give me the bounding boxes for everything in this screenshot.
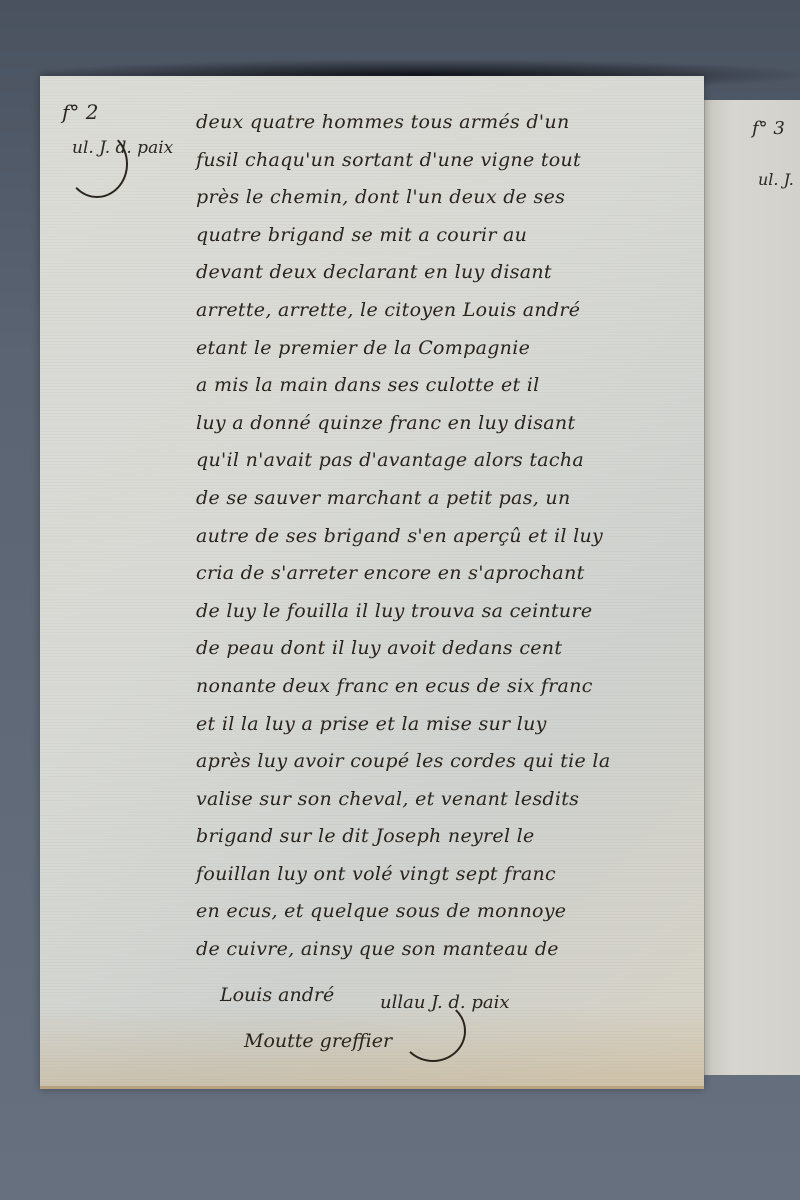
text-line: fouillan luy ont volé vingt sept franc xyxy=(196,856,696,894)
text-line: en ecus, et quelque sous de monnoye xyxy=(196,893,696,931)
adjacent-page xyxy=(704,100,800,1075)
text-line: de luy le fouilla il luy trouva sa ceint… xyxy=(196,593,696,631)
right-page-folio: f° 3 xyxy=(752,118,785,139)
text-line: brigand sur le dit Joseph neyrel le xyxy=(196,818,696,856)
text-line: et il la luy a prise et la mise sur luy xyxy=(196,706,696,744)
manuscript-text: deux quatre hommes tous armés d'un fusil… xyxy=(196,104,696,969)
text-line: de cuivre, ainsy que son manteau de xyxy=(196,931,696,969)
text-line: valise sur son cheval, et venant lesdits xyxy=(196,781,696,819)
text-line: luy a donné quinze franc en luy disant xyxy=(196,405,696,443)
folio-number: f° 2 xyxy=(62,100,98,124)
text-line: qu'il n'avait pas d'avantage alors tacha xyxy=(196,442,696,480)
text-line: cria de s'arreter encore en s'aprochant xyxy=(196,555,696,593)
text-line: deux quatre hommes tous armés d'un xyxy=(196,104,696,142)
margin-flourish xyxy=(66,130,128,198)
witness-signature: Louis andré xyxy=(220,984,334,1006)
text-line: devant deux declarant en luy disant xyxy=(196,254,696,292)
text-line: de se sauver marchant a petit pas, un xyxy=(196,480,696,518)
text-line: a mis la main dans ses culotte et il xyxy=(196,367,696,405)
text-line: etant le premier de la Compagnie xyxy=(196,330,696,368)
text-line: près le chemin, dont l'un deux de ses xyxy=(196,179,696,217)
clerk-signature: Moutte greffier xyxy=(244,1030,392,1052)
text-line: arrette, arrette, le citoyen Louis andré xyxy=(196,292,696,330)
text-line: quatre brigand se mit a courir au xyxy=(196,217,696,255)
text-line: fusil chaqu'un sortant d'une vigne tout xyxy=(196,142,696,180)
text-line: autre de ses brigand s'en aperçû et il l… xyxy=(196,518,696,556)
text-line: après luy avoir coupé les cordes qui tie… xyxy=(196,743,696,781)
text-line: de peau dont il luy avoit dedans cent xyxy=(196,630,696,668)
right-page-initials: ul. J. xyxy=(758,170,794,189)
text-line: nonante deux franc en ecus de six franc xyxy=(196,668,696,706)
judge-flourish xyxy=(400,1000,466,1062)
